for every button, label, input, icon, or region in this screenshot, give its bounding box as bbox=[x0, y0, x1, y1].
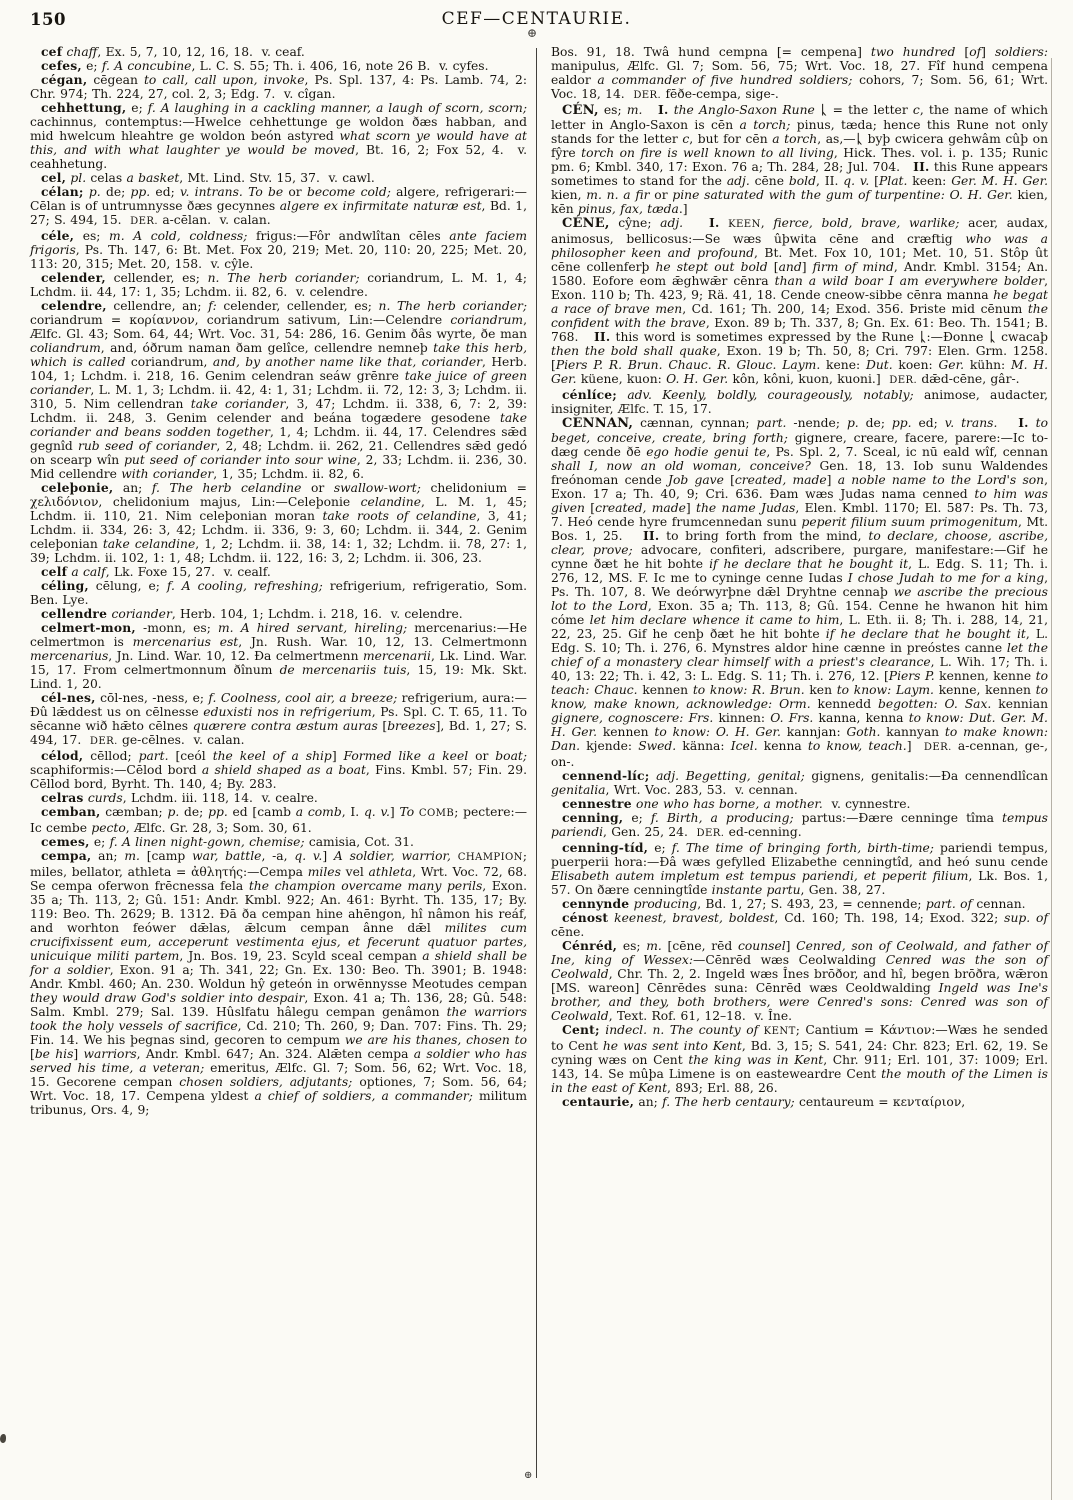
dictionary-entry: celf a calf, Lk. Foxe 15, 27. v. cealf. bbox=[30, 565, 527, 579]
dictionary-entry: cellendre coriander, Herb. 104, 1; Lchdm… bbox=[30, 607, 527, 621]
dictionary-entry: CENNAN, cænnan, cynnan; part. -nende; p.… bbox=[551, 416, 1048, 769]
ink-speck bbox=[0, 1434, 6, 1443]
printers-mark-top-icon: ⊕ bbox=[527, 26, 537, 40]
right-column: Bos. 91, 18. Twâ hund cempna [= cempena]… bbox=[551, 45, 1048, 1117]
dictionary-entry: céling, cēlung, e; f. A cooling, refresh… bbox=[30, 579, 527, 607]
dictionary-entry: cemban, cæmban; p. de; pp. ed [camb a co… bbox=[30, 805, 527, 835]
dictionary-entry: cempa, an; m. [camp war, battle, -a, q. … bbox=[30, 849, 527, 1117]
printers-mark-bottom-icon: ⊕ bbox=[524, 1470, 532, 1481]
dictionary-entry: celmert-mon, -monn, es; m. A hired serva… bbox=[30, 621, 527, 691]
dictionary-entry: cenning-tíd, e; f. The time of bringing … bbox=[551, 841, 1048, 897]
dictionary-entry: celeþonie, an; f. The herb celandine or … bbox=[30, 481, 527, 565]
dictionary-entry: cennestre one who has borne, a mother. v… bbox=[551, 797, 1048, 811]
dictionary-entry: cénlíce; adv. Keenly, boldly, courageous… bbox=[551, 388, 1048, 416]
dictionary-entry: célod, cēllod; part. [ceól the keel of a… bbox=[30, 749, 527, 791]
dictionary-page: 150 CEF—CENTAURIE. ⊕ ⊕ cef chaff, Ex. 5,… bbox=[0, 0, 1073, 1500]
dictionary-entry: cennynde producing, Bd. 1, 27; S. 493, 2… bbox=[551, 897, 1048, 911]
dictionary-entry: cef chaff, Ex. 5, 7, 10, 12, 16, 18. v. … bbox=[30, 45, 527, 59]
dictionary-entry: Cénréd, es; m. [cēne, rēd counsel] Cenre… bbox=[551, 939, 1048, 1023]
dictionary-entry: cenning, e; f. Birth, a producing; partu… bbox=[551, 811, 1048, 841]
dictionary-entry: CÉN, es; m. I. the Anglo-Saxon Rune ᚳ = … bbox=[551, 103, 1048, 216]
dictionary-entry: célan; p. de; pp. ed; v. intrans. To be … bbox=[30, 185, 527, 229]
dictionary-entry: celras curds, Lchdm. iii. 118, 14. v. ce… bbox=[30, 791, 527, 805]
dictionary-entry: Bos. 91, 18. Twâ hund cempna [= cempena]… bbox=[551, 45, 1048, 103]
dictionary-entry: cel, pl. celas a basket, Mt. Lind. Stv. … bbox=[30, 171, 527, 185]
dictionary-entry: cehhettung, e; f. A laughing in a cackli… bbox=[30, 101, 527, 171]
left-column: cef chaff, Ex. 5, 7, 10, 12, 16, 18. v. … bbox=[30, 45, 527, 1117]
page-edge-line bbox=[1051, 58, 1052, 1500]
dictionary-entry: cénost keenest, bravest, boldest, Cd. 16… bbox=[551, 911, 1048, 939]
dictionary-entry: celendre, cellendre, an; f: celender, ce… bbox=[30, 299, 527, 481]
dictionary-entry: cefes, e; f. A concubine, L. C. S. 55; T… bbox=[30, 59, 527, 73]
text-columns: cef chaff, Ex. 5, 7, 10, 12, 16, 18. v. … bbox=[30, 45, 1048, 1117]
dictionary-entry: cél-nes, cōl-nes, -ness, e; f. Coolness,… bbox=[30, 691, 527, 749]
dictionary-entry: cemes, e; f. A linen night-gown, chemise… bbox=[30, 835, 527, 849]
dictionary-entry: CÉNE, cŷne; adj. I. KEEN, fierce, bold, … bbox=[551, 216, 1048, 388]
dictionary-entry: celender, cellender, es; n. The herb cor… bbox=[30, 271, 527, 299]
dictionary-entry: centaurie, an; f. The herb centaury; cen… bbox=[551, 1095, 1048, 1109]
dictionary-entry: Cent; indecl. n. The county of KENT; Can… bbox=[551, 1023, 1048, 1095]
dictionary-entry: cennend-líc; adj. Begetting, genital; gi… bbox=[551, 769, 1048, 797]
dictionary-entry: cégan, cēgean to call, call upon, invoke… bbox=[30, 73, 527, 101]
dictionary-entry: céle, es; m. A cold, coldness; frigus:—F… bbox=[30, 229, 527, 271]
